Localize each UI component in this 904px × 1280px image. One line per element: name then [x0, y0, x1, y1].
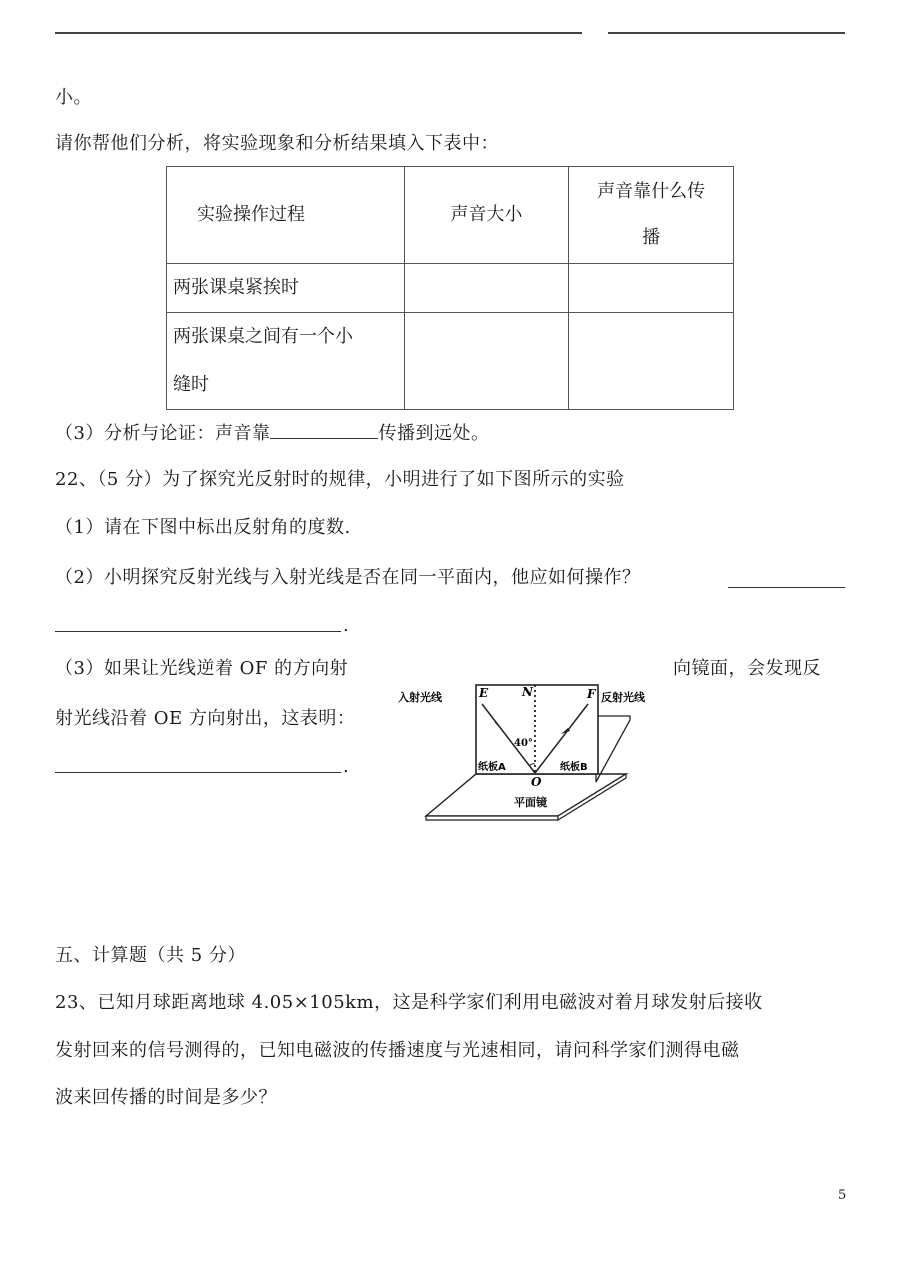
row2-medium-cell[interactable] — [569, 313, 734, 410]
header-loudness: 声音大小 — [404, 167, 569, 264]
row2-loudness-cell[interactable] — [404, 313, 569, 410]
q23-line2: 发射回来的信号测得的，已知电磁波的传播速度与光速相同，请问科学家们测得电磁 — [55, 1039, 740, 1063]
q22-part2: （2）小明探究反射光线与入射光线是否在同一平面内，他应如何操作？ — [55, 566, 640, 590]
row2-process-line1: 两张课桌之间有一个小 — [173, 313, 398, 361]
table-row: 两张课桌之间有一个小 缝时 — [167, 313, 734, 410]
section5-title: 五、计算题（共 5 分） — [55, 944, 246, 968]
incident-ray-label: 入射光线 — [398, 690, 443, 704]
q21-answer-blank[interactable] — [270, 421, 378, 439]
point-n-label: N — [521, 685, 534, 699]
q22-part2-period: . — [343, 614, 349, 638]
q23-line1: 23、已知月球距离地球 4.05×105km，这是科学家们利用电磁波对着月球发射… — [55, 991, 763, 1015]
table-instruction: 请你帮他们分析，将实验现象和分析结果填入下表中： — [55, 132, 499, 156]
q21-part3: （3）分析与论证：声音靠传播到远处。 — [55, 421, 489, 446]
row2-process-line2: 缝时 — [173, 361, 398, 409]
q22-part3-blank[interactable] — [55, 755, 341, 773]
q22-part2-blank-2[interactable] — [55, 614, 341, 632]
board-a-label: 纸板A — [478, 760, 506, 773]
q22-part1: （1）请在下图中标出反射角的度数. — [55, 516, 351, 540]
header-medium: 声音靠什么传 播 — [569, 167, 734, 264]
intro-tail-text: 小。 — [55, 86, 92, 110]
row2-process: 两张课桌之间有一个小 缝时 — [167, 313, 405, 410]
page-number: 5 — [838, 1188, 846, 1203]
header-rule-right — [608, 32, 845, 34]
row1-medium-cell[interactable] — [569, 264, 734, 313]
q22-title: 22、（5 分）为了探究光反射时的规律，小明进行了如下图所示的实验 — [55, 468, 625, 492]
reflected-ray-label: 反射光线 — [601, 690, 646, 704]
header-medium-line2: 播 — [575, 215, 727, 261]
q22-part3-b: 向镜面，会发现反 — [673, 657, 821, 681]
table-row: 两张课桌紧挨时 — [167, 264, 734, 313]
q23-line3: 波来回传播的时间是多少？ — [55, 1086, 277, 1110]
point-o-label: O — [531, 775, 542, 789]
header-medium-line1: 声音靠什么传 — [575, 169, 727, 215]
angle-label: 40° — [514, 738, 533, 749]
q22-part3-period: . — [343, 755, 349, 779]
row1-process: 两张课桌紧挨时 — [167, 264, 405, 313]
q22-part3-a: （3）如果让光线逆着 OF 的方向射 — [55, 657, 348, 681]
table-header-row: 实验操作过程 声音大小 声音靠什么传 播 — [167, 167, 734, 264]
mirror-label: 平面镜 — [514, 795, 547, 809]
point-e-label: E — [478, 686, 489, 700]
point-f-label: F — [586, 687, 597, 701]
q21-part3-suffix: 传播到远处。 — [378, 423, 489, 444]
header-process: 实验操作过程 — [167, 167, 405, 264]
board-b-label: 纸板B — [560, 760, 588, 773]
q21-part3-prefix: （3）分析与论证：声音靠 — [55, 423, 270, 444]
q22-part2-blank-1[interactable] — [728, 570, 845, 588]
row1-loudness-cell[interactable] — [404, 264, 569, 313]
q22-part3-c: 射光线沿着 OE 方向射出，这表明： — [55, 707, 355, 731]
header-rule-left — [55, 32, 582, 34]
experiment-table: 实验操作过程 声音大小 声音靠什么传 播 两张课桌紧挨时 两张课桌之间有一个小 … — [166, 166, 734, 410]
reflection-experiment-figure: 入射光线 E N F 反射光线 40° 纸板A 纸板B O 平面镜 — [398, 674, 660, 826]
